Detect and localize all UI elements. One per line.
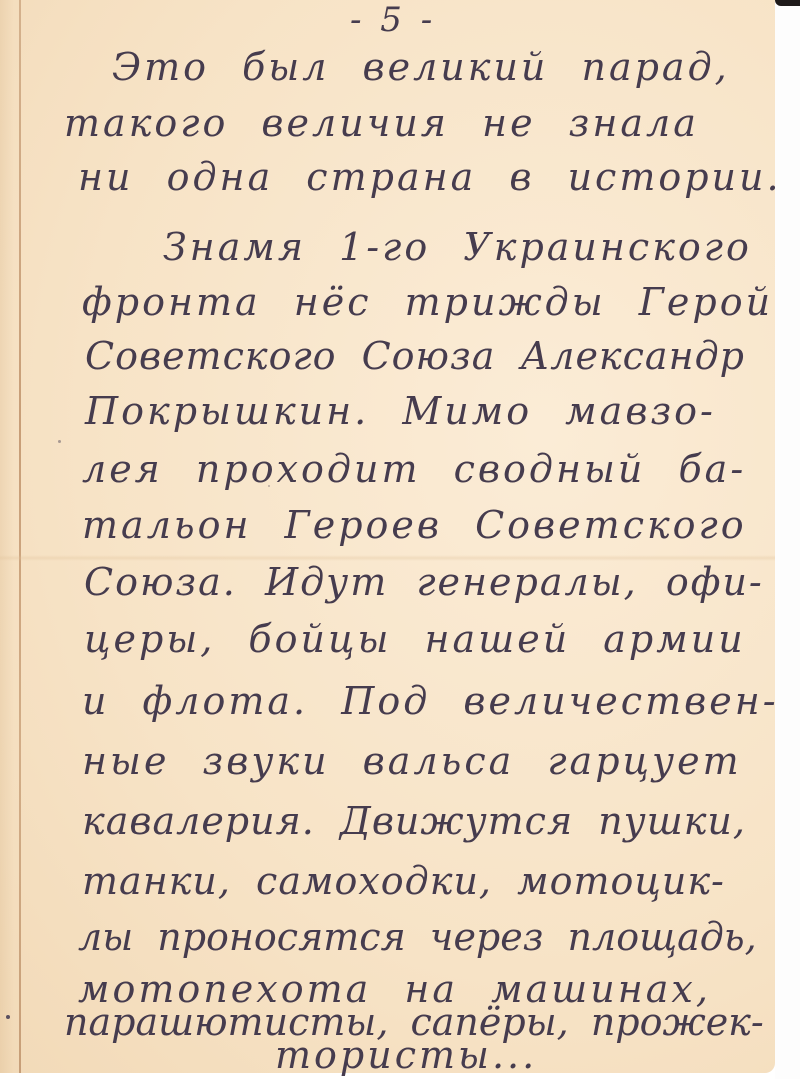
text-line: ные звуки вальса гарцует (82, 742, 742, 780)
vertical-fold-line (19, 0, 21, 1073)
text-line: Покрышкин. Мимо мавзо- (85, 392, 716, 430)
text-line: церы, бойцы нашей армии (84, 620, 746, 658)
text-line: лея проходит сводный ба- (82, 450, 746, 488)
text-line: тальон Героев Советского (82, 506, 747, 544)
text-line: Союза. Идут генералы, офи- (84, 563, 764, 601)
scan-corner-shadow (775, 0, 800, 6)
text-line: Советского Союза Александр (85, 337, 745, 375)
text-line: Это был великий парад, (112, 48, 730, 86)
text-line: такого величия не знала (64, 104, 699, 142)
text-line: Знамя 1-го Украинского (163, 228, 752, 266)
page-number: - 5 - (350, 0, 436, 40)
text-line: ни одна страна в истории. (78, 158, 782, 196)
text-line: фронта нёс трижды Герой (82, 283, 773, 321)
text-line: и флота. Под величествен- (82, 682, 779, 720)
text-line: танки, самоходки, мотоцик- (82, 862, 725, 900)
ink-speck (6, 1015, 10, 1019)
text-line: тористы... (275, 1036, 537, 1074)
ink-speck (58, 440, 61, 443)
letter-page: - 5 - Это был великий парад, такого вели… (0, 0, 775, 1073)
scan-background (775, 6, 800, 1079)
text-line: лы проносятся через площадь, (78, 918, 757, 956)
text-line: кавалерия. Движутся пушки, (82, 802, 746, 840)
